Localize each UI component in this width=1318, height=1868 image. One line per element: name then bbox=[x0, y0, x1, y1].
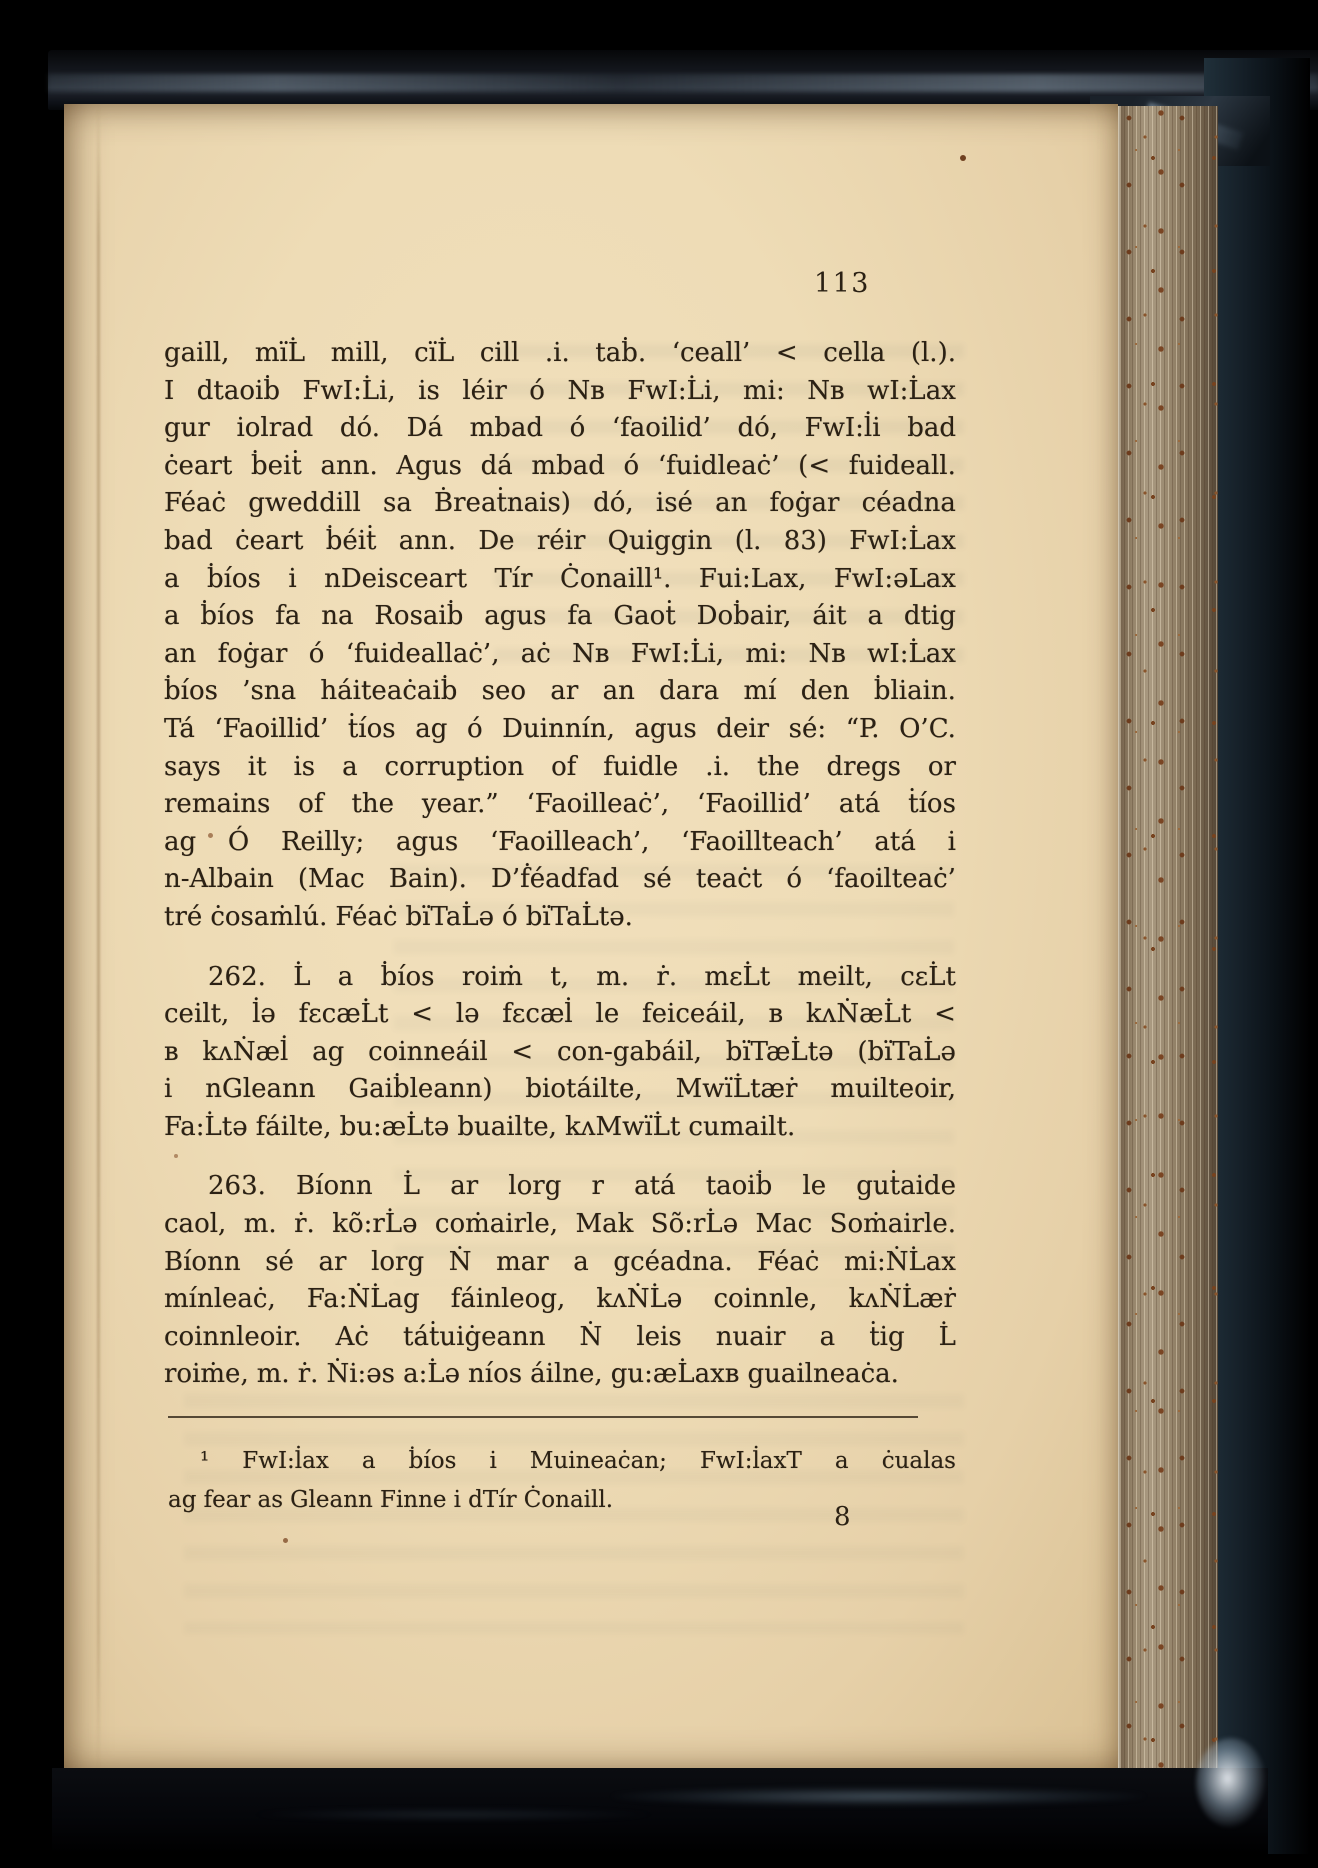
word: Aċ bbox=[336, 1319, 369, 1357]
word: ‘Faoilleach’, bbox=[490, 824, 649, 862]
word: kʌṄæl̇ bbox=[202, 1034, 288, 1072]
word: táṫuiġeann bbox=[403, 1319, 545, 1357]
word: Féaċ bbox=[335, 899, 397, 937]
word: leis bbox=[636, 1319, 681, 1357]
word: D’ḟéadfad bbox=[491, 861, 619, 899]
word: ó bbox=[570, 410, 586, 448]
word: dó, bbox=[737, 410, 778, 448]
word: ḃliain. bbox=[874, 673, 956, 711]
word: buailte, bbox=[457, 1109, 557, 1147]
word: m. bbox=[244, 1206, 277, 1244]
word: ar bbox=[550, 673, 578, 711]
word: atá bbox=[634, 1168, 675, 1206]
word: mεL̇t bbox=[704, 959, 770, 997]
word: ‘fuidleaċ’ bbox=[658, 448, 780, 486]
word: dá bbox=[481, 448, 513, 486]
word: ó bbox=[529, 373, 545, 411]
text-line: aḃíosinDeisceartTírĊonaill¹.Fui:Lax,FwI:… bbox=[164, 561, 956, 599]
word: tré bbox=[164, 899, 202, 937]
word: Agus bbox=[396, 448, 462, 486]
word: ċosaṁlú. bbox=[210, 899, 327, 937]
word: seo bbox=[482, 673, 526, 711]
word: an bbox=[603, 673, 635, 711]
word: says bbox=[164, 749, 221, 787]
word: kʌṄL̇ə bbox=[596, 1281, 682, 1319]
word: coinnle, bbox=[713, 1281, 817, 1319]
word: Ṅ bbox=[580, 1319, 603, 1357]
word: Gleann bbox=[290, 1481, 373, 1520]
text-line: agÓReilly;agus‘Faoilleach’,‘Faoillteach’… bbox=[164, 824, 956, 862]
text-line: inGleannGaiḃleann)biotáilte,MwïL̇tæṙmuil… bbox=[164, 1071, 956, 1109]
word: l̇ə bbox=[252, 996, 276, 1034]
word: gcéadna. bbox=[613, 1244, 732, 1282]
word: fuidle bbox=[603, 749, 678, 787]
word: is bbox=[418, 373, 440, 411]
word: teaċt bbox=[696, 861, 762, 899]
word: ṫíos bbox=[908, 786, 956, 824]
word: ó bbox=[467, 711, 483, 749]
word: “P. bbox=[846, 711, 880, 749]
word: dregs bbox=[827, 749, 901, 787]
text-line: remainsoftheyear.”‘Faoilleaċ’,‘Faoillid’… bbox=[164, 786, 956, 824]
word: FwI:L̇ax bbox=[849, 523, 956, 561]
text-line: Tá‘Faoillid’ṫíosagóDuinnín,agusdeirsé:“P… bbox=[164, 711, 956, 749]
word: níos bbox=[468, 1356, 522, 1394]
word: cεL̇t bbox=[900, 959, 956, 997]
word: fεcæL̇t bbox=[299, 996, 389, 1034]
text-line: ¹FwI:l̇axaḃíosiMuineaċan;FwI:l̇axTaċuala… bbox=[168, 1442, 956, 1481]
word: ‘Faoillteach’ bbox=[681, 824, 843, 862]
text-line: anfoġaró‘fuideallaċ’,aċNʙFwI:L̇i,mi:NʙwI… bbox=[164, 636, 956, 674]
word: bïTæL̇tə bbox=[726, 1034, 834, 1072]
word: Gaoṫ bbox=[613, 598, 675, 636]
text-block: gaill,mïL̇mill,cïL̇cill.i.taḃ.‘ceall’<ce… bbox=[164, 335, 956, 1520]
word: Mak bbox=[575, 1206, 633, 1244]
word: mïL̇ bbox=[255, 335, 305, 373]
word: dó. bbox=[340, 410, 380, 448]
word: of bbox=[298, 786, 323, 824]
word: year.” bbox=[422, 786, 499, 824]
word: a:L̇ə bbox=[403, 1356, 460, 1394]
word: cumailt. bbox=[688, 1109, 795, 1147]
word: mínleaċ, bbox=[164, 1281, 276, 1319]
word: (< bbox=[798, 448, 830, 486]
word: bu:æL̇tə bbox=[340, 1109, 450, 1147]
word: Nʙ bbox=[807, 373, 844, 411]
word: fa bbox=[275, 598, 300, 636]
cover-glossy-highlight bbox=[247, 1808, 660, 1822]
word: aċ bbox=[521, 636, 551, 674]
word: céadna bbox=[862, 485, 956, 523]
word: biotáilte, bbox=[525, 1071, 642, 1109]
word: háiteaċaiḃ bbox=[320, 673, 457, 711]
word: is bbox=[293, 749, 315, 787]
word: ḃíos bbox=[409, 1442, 457, 1481]
word: gweddill bbox=[248, 485, 361, 523]
word: ó bbox=[309, 636, 325, 674]
word: FwI:l̇ax bbox=[242, 1442, 329, 1481]
text-line: badċeartḃéiṫann.DeréirQuiggin(l.83)FwI:L… bbox=[164, 523, 956, 561]
word: < bbox=[511, 1034, 533, 1072]
word: fáilte, bbox=[256, 1109, 332, 1147]
word: nuair bbox=[716, 1319, 786, 1357]
text-line: aḃíosfanaRosaiḃagusfaGaoṫDoḃair,áitadtig bbox=[164, 598, 956, 636]
word: .i. bbox=[545, 335, 570, 373]
word: Gaiḃleann) bbox=[348, 1071, 492, 1109]
word: guṫaide bbox=[856, 1168, 956, 1206]
word: the bbox=[351, 786, 394, 824]
word: ḃéiṫ bbox=[326, 523, 377, 561]
word: .i. bbox=[705, 749, 730, 787]
word: ceilt, bbox=[164, 996, 229, 1034]
word: dtaoiḃ bbox=[197, 373, 280, 411]
word: sé bbox=[643, 861, 672, 899]
word: FwI:L̇i, bbox=[627, 373, 720, 411]
word: isé bbox=[656, 485, 693, 523]
word: mi: bbox=[745, 636, 787, 674]
word: De bbox=[478, 523, 514, 561]
word: coinnleoir. bbox=[164, 1319, 302, 1357]
word: lorg bbox=[508, 1168, 561, 1206]
word: nDeisceart bbox=[324, 561, 467, 599]
word: roiṁ bbox=[462, 959, 523, 997]
word: L̇ bbox=[939, 1319, 956, 1357]
paragraph: gaill,mïL̇mill,cïL̇cill.i.taḃ.‘ceall’<ce… bbox=[164, 335, 956, 937]
word: gaill, bbox=[164, 335, 229, 373]
word: Finne bbox=[380, 1481, 447, 1520]
foxing-speck bbox=[208, 833, 213, 838]
word: ‘Faoilleaċ’, bbox=[527, 786, 670, 824]
text-line: gaill,mïL̇mill,cïL̇cill.i.taḃ.‘ceall’<ce… bbox=[164, 335, 956, 373]
word: áit bbox=[812, 598, 846, 636]
word: Quiggin bbox=[608, 523, 713, 561]
word: (bïTaL̇ə bbox=[857, 1034, 956, 1072]
word: 83) bbox=[784, 523, 827, 561]
word: as bbox=[258, 1481, 284, 1520]
word: Féaċ bbox=[164, 485, 226, 523]
word: ó bbox=[502, 899, 518, 937]
word: < bbox=[411, 996, 433, 1034]
text-line: saysitisacorruptionoffuidle.i.thedregsor bbox=[164, 749, 956, 787]
word: i bbox=[948, 824, 956, 862]
book-fore-edge-pages bbox=[1118, 106, 1218, 1768]
text-line: 262.L̇aḃíosroiṁt,m.ṙ.mεL̇tmeilt,cεL̇t bbox=[164, 959, 956, 997]
word: Bíonn bbox=[164, 1244, 241, 1282]
word: ċualas bbox=[882, 1442, 956, 1481]
text-line: n-Albain(MacBain).D’ḟéadfadséteaċtó‘faoi… bbox=[164, 861, 956, 899]
word: m. bbox=[596, 959, 629, 997]
text-line: Fa:L̇təfáilte,bu:æL̇təbuailte,kʌMwïL̇tcu… bbox=[164, 1109, 956, 1147]
word: dara bbox=[659, 673, 719, 711]
word: FwI:L̇i, bbox=[631, 636, 724, 674]
signature-mark: 8 bbox=[834, 1502, 851, 1532]
word: a bbox=[164, 561, 180, 599]
word: Nʙ bbox=[808, 636, 845, 674]
word: lorg bbox=[371, 1244, 424, 1282]
word: muilteoir, bbox=[830, 1071, 956, 1109]
word: MwïL̇tæṙ bbox=[676, 1071, 798, 1109]
word: i bbox=[164, 1071, 172, 1109]
text-line: coinnleoir.AċtáṫuiġeannṄleisnuairaṫigL̇ bbox=[164, 1319, 956, 1357]
word: mbad bbox=[470, 410, 543, 448]
word: a bbox=[338, 959, 354, 997]
word: mbad bbox=[531, 448, 604, 486]
word: ṙ. bbox=[656, 959, 677, 997]
word: Ċonaill¹. bbox=[560, 561, 671, 599]
word: FwI:L̇i, bbox=[303, 373, 396, 411]
text-line: tréċosaṁlú.FéaċbïTaL̇əóbïTaL̇tə. bbox=[164, 899, 956, 937]
word: wI:L̇ax bbox=[867, 373, 956, 411]
word: áilne, bbox=[530, 1356, 603, 1394]
word: ¹ bbox=[200, 1442, 209, 1481]
word: atá bbox=[874, 824, 915, 862]
word: ag bbox=[415, 711, 447, 749]
word: O’C. bbox=[899, 711, 956, 749]
text-line: ċeartḃeiṫann.Agusdámbadó‘fuidleaċ’(<fuid… bbox=[164, 448, 956, 486]
word: (l.). bbox=[911, 335, 956, 373]
word: dtig bbox=[904, 598, 956, 636]
word: i bbox=[454, 1481, 461, 1520]
text-line: ḃíos’snaháiteaċaiḃseoarandaramídenḃliain… bbox=[164, 673, 956, 711]
word: dó, bbox=[593, 485, 634, 523]
text-line: FéaċgweddillsaḂreaṫnais)dó,iséanfoġarcéa… bbox=[164, 485, 956, 523]
word: le bbox=[802, 1168, 826, 1206]
word: (Mac bbox=[298, 861, 365, 899]
word: i bbox=[288, 561, 296, 599]
word: FwI:l̇i bbox=[805, 410, 881, 448]
page-gutter-shadow bbox=[97, 104, 100, 1776]
footnote-separator-rule bbox=[168, 1416, 918, 1418]
word: ṙ. bbox=[294, 1206, 315, 1244]
word: nGleann bbox=[205, 1071, 315, 1109]
word: ‘faoilteaċ’ bbox=[826, 861, 956, 899]
word: it bbox=[248, 749, 267, 787]
word: fáinleog, bbox=[451, 1281, 565, 1319]
word: cïL̇ bbox=[414, 335, 454, 373]
word: Muineaċan; bbox=[530, 1442, 667, 1481]
foxing-speck bbox=[174, 1154, 178, 1158]
word: bïTaL̇ə bbox=[406, 899, 494, 937]
word: kõ:rL̇ə bbox=[332, 1206, 417, 1244]
word: Reilly; bbox=[281, 824, 364, 862]
word: Doḃair, bbox=[697, 598, 792, 636]
word: Bíonn bbox=[296, 1168, 373, 1206]
word: a bbox=[820, 1319, 836, 1357]
word: lə bbox=[456, 996, 480, 1034]
word: Ċonaill. bbox=[524, 1481, 613, 1520]
word: agus bbox=[484, 598, 546, 636]
word: Féaċ bbox=[757, 1244, 819, 1282]
word: ag bbox=[164, 824, 196, 862]
word: Duinnín, bbox=[502, 711, 615, 749]
word: ṫíos bbox=[348, 711, 396, 749]
word: 262. bbox=[208, 959, 266, 997]
word: ċeart bbox=[235, 523, 303, 561]
word: or bbox=[928, 749, 956, 787]
text-line: ceilt,l̇əfεcæL̇t<ləfεcæl̇lefeiceáil,ʙkʌṄ… bbox=[164, 996, 956, 1034]
word: < bbox=[776, 335, 798, 373]
word: le bbox=[596, 996, 620, 1034]
word: < bbox=[934, 996, 956, 1034]
word: feiceáil, bbox=[642, 996, 746, 1034]
word: Soṁairle. bbox=[830, 1206, 956, 1244]
word: bad bbox=[907, 410, 956, 448]
word: dTír bbox=[468, 1481, 516, 1520]
word: den bbox=[801, 673, 850, 711]
word: a bbox=[867, 598, 883, 636]
word: cella bbox=[823, 335, 885, 373]
word: L̇ bbox=[293, 959, 310, 997]
text-line: mínleaċ,Fa:ṄL̇agfáinleog,kʌṄL̇əcoinnle,k… bbox=[164, 1281, 956, 1319]
word: a bbox=[573, 1244, 589, 1282]
text-line: ʙkʌṄæl̇agcoinneáil<con-gabáil,bïTæL̇tə(b… bbox=[164, 1034, 956, 1072]
word: Fui:Lax, bbox=[699, 561, 807, 599]
word: an bbox=[164, 636, 196, 674]
word: iolrad bbox=[236, 410, 313, 448]
word: na bbox=[321, 598, 353, 636]
word: gur bbox=[164, 410, 210, 448]
text-line: guriolraddó.Dámbadó‘faoilid’dó,FwI:l̇iba… bbox=[164, 410, 956, 448]
word: meilt, bbox=[798, 959, 873, 997]
text-line: 263.BíonnL̇arlorgratátaoiḃleguṫaide bbox=[164, 1168, 956, 1206]
word: ‘Faoillid’ bbox=[214, 711, 328, 749]
word: sé: bbox=[789, 711, 827, 749]
word: ʙ bbox=[164, 1034, 179, 1072]
word: deir bbox=[716, 711, 769, 749]
word: Nʙ bbox=[567, 373, 604, 411]
word: remains bbox=[164, 786, 270, 824]
word: Fa:ṄL̇ag bbox=[307, 1281, 420, 1319]
word: ann. bbox=[320, 448, 377, 486]
word: ar bbox=[450, 1168, 478, 1206]
word: foġar bbox=[770, 485, 840, 523]
page-number: 113 bbox=[814, 268, 870, 299]
book-page: 113 gaill,mïL̇mill,cïL̇cill.i.taḃ.‘ceall… bbox=[64, 104, 1118, 1776]
word: ḃíos bbox=[164, 673, 218, 711]
word: taoiḃ bbox=[706, 1168, 773, 1206]
word: Tír bbox=[494, 561, 532, 599]
word: ag bbox=[312, 1034, 344, 1072]
word: atá bbox=[839, 786, 880, 824]
word: cill bbox=[480, 335, 520, 373]
word: Ó bbox=[228, 824, 249, 862]
word: roiṁe, bbox=[164, 1356, 249, 1394]
word: kʌṄL̇æṙ bbox=[849, 1281, 956, 1319]
word: sé bbox=[265, 1244, 294, 1282]
word: mi:ṄL̇ax bbox=[844, 1244, 956, 1282]
word: i bbox=[489, 1442, 496, 1481]
text-line: BíonnséarlorgṄmaragcéadna.Féaċmi:ṄL̇ax bbox=[164, 1244, 956, 1282]
word: léir bbox=[462, 373, 506, 411]
word: ‘ceall’ bbox=[672, 335, 751, 373]
word: mill, bbox=[331, 335, 389, 373]
word: ‘faoilid’ bbox=[612, 410, 711, 448]
word: con-gabáil, bbox=[557, 1034, 702, 1072]
photo-of-book-page: 113 gaill,mïL̇mill,cïL̇cill.i.taḃ.‘ceall… bbox=[0, 0, 1318, 1868]
word: kʌṄæL̇t bbox=[806, 996, 911, 1034]
cover-corner-glare bbox=[1196, 1738, 1266, 1828]
paragraph: 263.BíonnL̇arlorgratátaoiḃleguṫaidecaol,… bbox=[164, 1168, 956, 1394]
word: taḃ. bbox=[595, 335, 646, 373]
word: mi: bbox=[743, 373, 785, 411]
word: Rosaiḃ bbox=[374, 598, 463, 636]
paragraph: 262.L̇aḃíosroiṁt,m.ṙ.mεL̇tmeilt,cεL̇tcei… bbox=[164, 959, 956, 1147]
word: ‘fuideallaċ’, bbox=[346, 636, 500, 674]
word: ṙ. bbox=[298, 1356, 319, 1394]
word: 263. bbox=[208, 1168, 266, 1206]
text-line: caol,m.ṙ.kõ:rL̇əcoṁairle,MakSõ:rL̇əMacSo… bbox=[164, 1206, 956, 1244]
word: gu:æL̇axʙ bbox=[611, 1356, 740, 1394]
word: fa bbox=[567, 598, 592, 636]
word: sa bbox=[383, 485, 412, 523]
word: wI:L̇ax bbox=[867, 636, 956, 674]
word: foġar bbox=[218, 636, 288, 674]
text-line: IdtaoiḃFwI:L̇i,isléiróNʙFwI:L̇i,mi:NʙwI:… bbox=[164, 373, 956, 411]
word: corruption bbox=[385, 749, 525, 787]
word: a bbox=[362, 1442, 376, 1481]
word: Ṅi:əs bbox=[326, 1356, 395, 1394]
word: Tá bbox=[164, 711, 195, 749]
word: ḃeiṫ bbox=[251, 448, 302, 486]
word: Dá bbox=[407, 410, 443, 448]
word: mar bbox=[496, 1244, 549, 1282]
word: ar bbox=[319, 1244, 347, 1282]
word: réir bbox=[537, 523, 586, 561]
word: ‘Faoillid’ bbox=[697, 786, 811, 824]
word: r bbox=[592, 1168, 604, 1206]
word: agus bbox=[634, 711, 696, 749]
word: fuideall. bbox=[849, 448, 956, 486]
word: (l. bbox=[735, 523, 762, 561]
text-line: roiṁe,m.ṙ.Ṅi:əsa:L̇əníosáilne,gu:æL̇axʙg… bbox=[164, 1356, 956, 1394]
word: caol, bbox=[164, 1206, 226, 1244]
word: t, bbox=[550, 959, 569, 997]
word: Fa:L̇tə bbox=[164, 1109, 248, 1147]
word: n-Albain bbox=[164, 861, 274, 899]
word: Sõ:rL̇ə bbox=[651, 1206, 738, 1244]
word: Nʙ bbox=[572, 636, 609, 674]
word: a bbox=[342, 749, 358, 787]
word: bïTaL̇tə. bbox=[526, 899, 633, 937]
word: agus bbox=[396, 824, 458, 862]
word: ’sna bbox=[242, 673, 296, 711]
word: L̇ bbox=[403, 1168, 420, 1206]
word: kʌMwïL̇t bbox=[565, 1109, 680, 1147]
book-cover-right-side bbox=[1204, 58, 1310, 1854]
word: guailneaċa. bbox=[747, 1356, 898, 1394]
word: a bbox=[835, 1442, 849, 1481]
word: ʙ bbox=[768, 996, 783, 1034]
cover-glossy-highlight bbox=[611, 1787, 1146, 1806]
word: a bbox=[164, 598, 180, 636]
word: ag bbox=[168, 1481, 196, 1520]
word: fear bbox=[204, 1481, 251, 1520]
word: Ḃreaṫnais) bbox=[434, 485, 571, 523]
word: ó bbox=[786, 861, 802, 899]
word: fεcæl̇ bbox=[502, 996, 572, 1034]
word: ó bbox=[624, 448, 640, 486]
word: ḃíos bbox=[207, 561, 261, 599]
word: of bbox=[551, 749, 576, 787]
word: m. bbox=[257, 1356, 290, 1394]
word: Mac bbox=[756, 1206, 813, 1244]
word: Bain). bbox=[389, 861, 467, 899]
word: FwI:l̇axT bbox=[700, 1442, 802, 1481]
word: ḃíos bbox=[200, 598, 254, 636]
word: ann. bbox=[399, 523, 456, 561]
word: mí bbox=[743, 673, 776, 711]
word: the bbox=[757, 749, 800, 787]
